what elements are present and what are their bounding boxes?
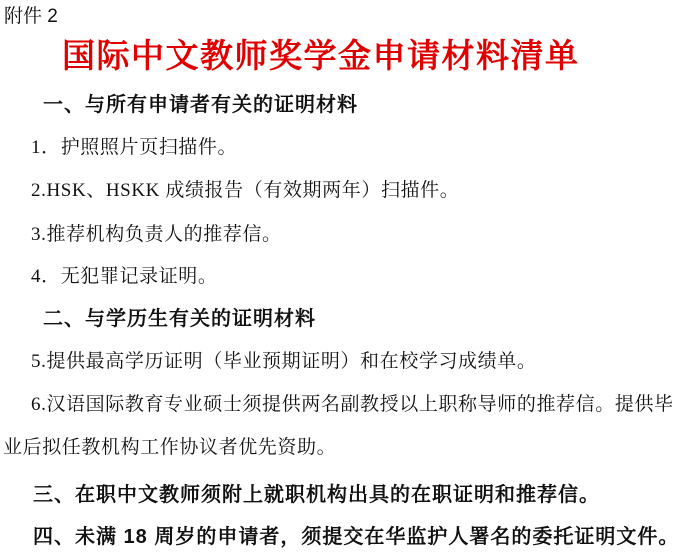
section-1-item-2: 2.HSK、HSKK 成绩报告（有效期两年）扫描件。 xyxy=(31,180,459,203)
section-4-heading: 四、未满 18 周岁的申请者，须提交在华监护人署名的委托证明文件。 xyxy=(33,525,678,549)
section-1-item-3: 3.推荐机构负责人的推荐信。 xyxy=(31,224,282,247)
section-3-heading: 三、在职中文教师须附上就职机构出具的在职证明和推荐信。 xyxy=(33,483,600,507)
document-page: 附件 2 国际中文教师奖学金申请材料清单 一、与所有申请者有关的证明材料 1．护… xyxy=(0,0,678,557)
section-2-item-6-line-2: 业后拟任教机构工作协议者优先资助。 xyxy=(3,437,336,460)
section-1-item-1: 1．护照照片页扫描件。 xyxy=(31,137,237,160)
section-1-item-4: 4．无犯罪记录证明。 xyxy=(31,266,218,289)
attachment-label: 附件 2 xyxy=(4,6,58,29)
section-2-heading: 二、与学历生有关的证明材料 xyxy=(43,307,316,331)
section-2-item-5: 5.提供最高学历证明（毕业预期证明）和在校学习成绩单。 xyxy=(31,351,536,374)
section-1-heading: 一、与所有申请者有关的证明材料 xyxy=(43,93,358,117)
section-2-item-6-line-1: 6.汉语国际教育专业硕士须提供两名副教授以上职称导师的推荐信。提供毕 xyxy=(31,394,674,417)
document-title: 国际中文教师奖学金申请材料清单 xyxy=(62,38,580,78)
